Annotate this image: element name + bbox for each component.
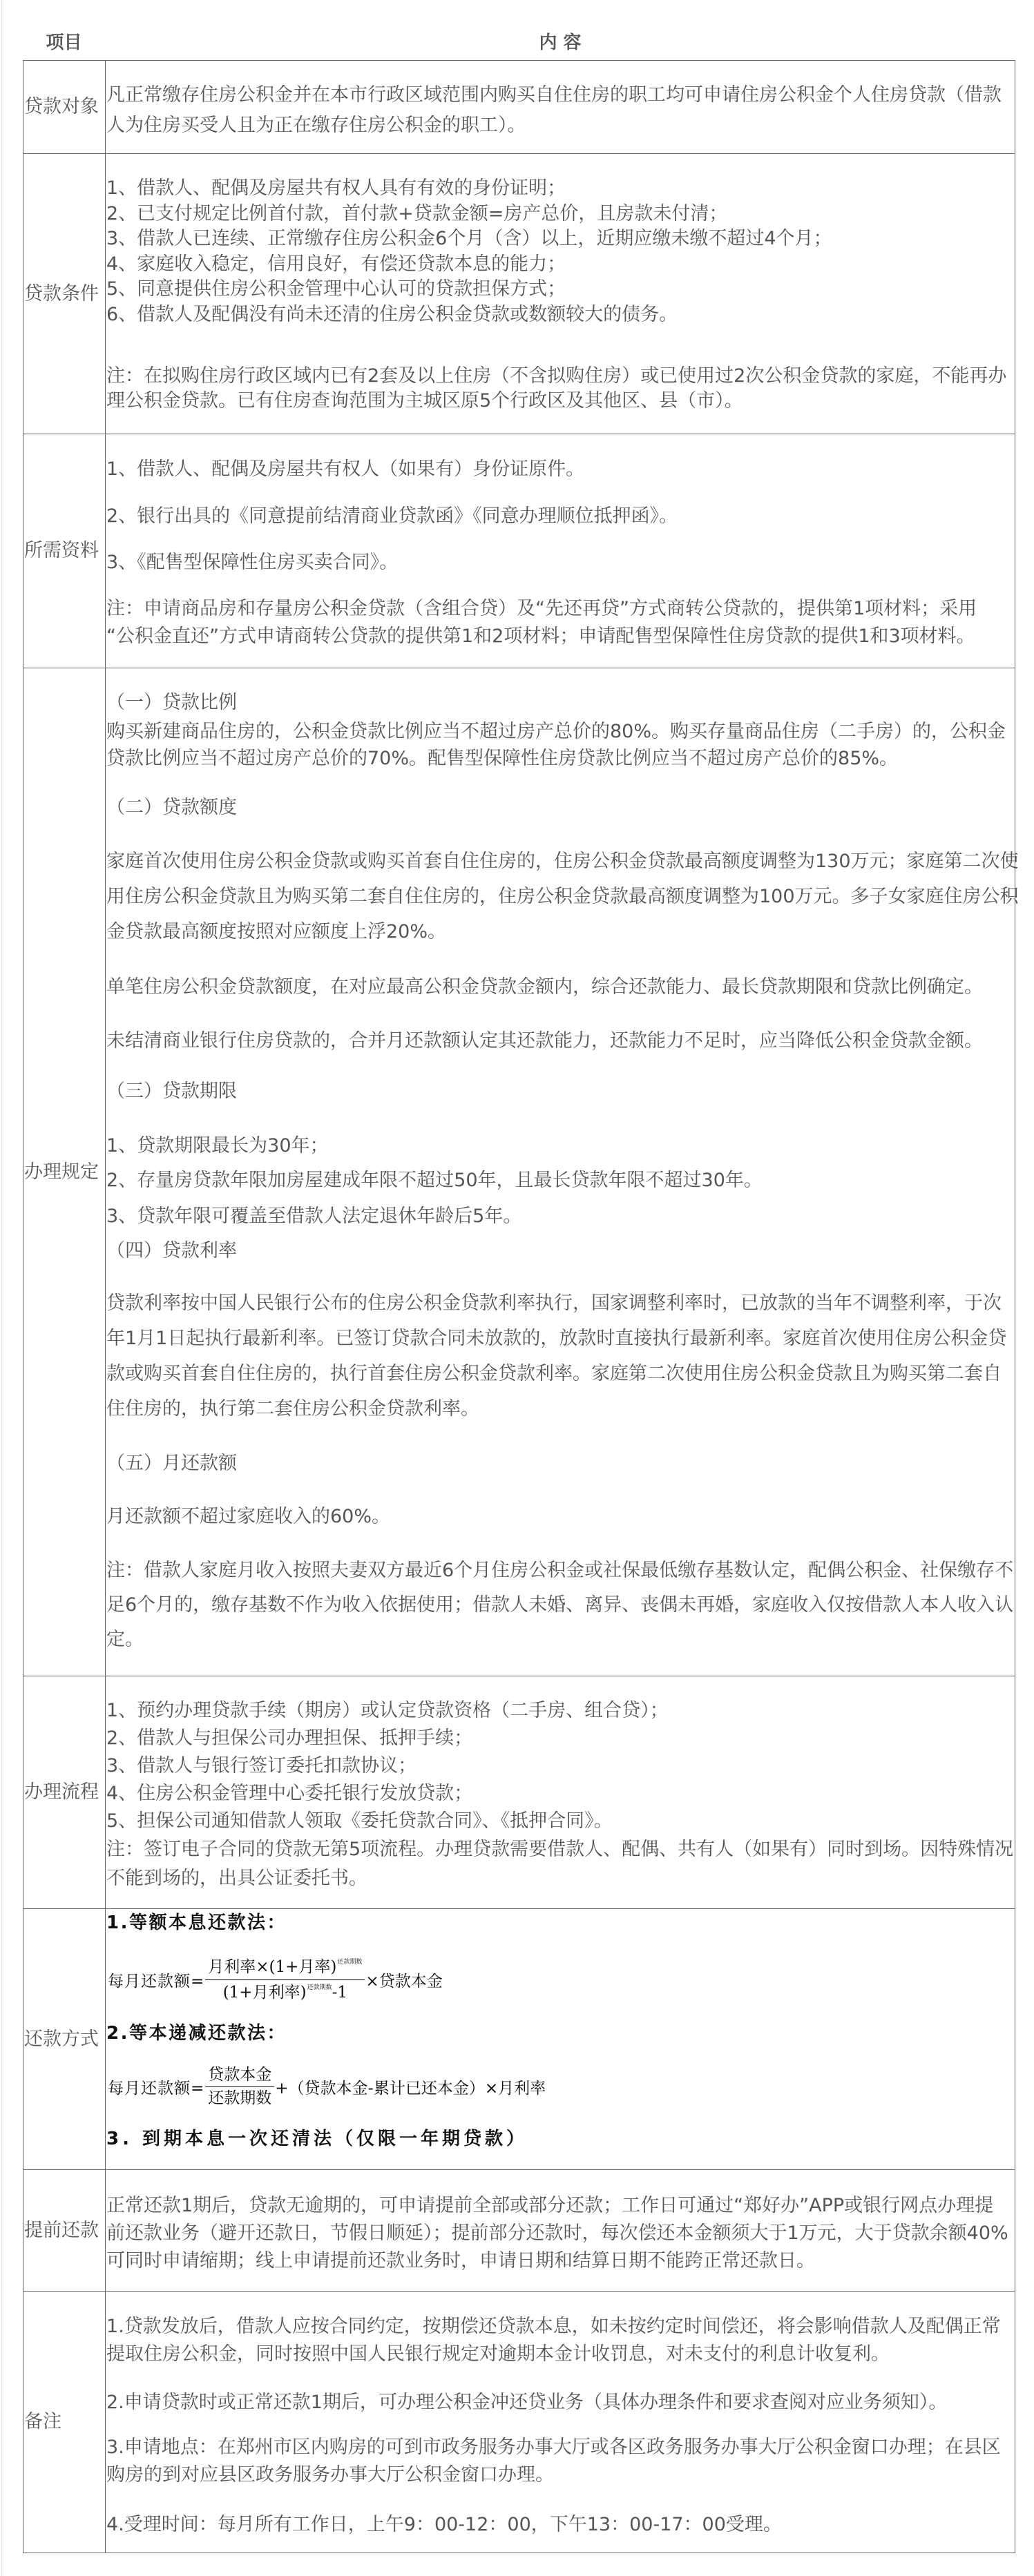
row-content: 1.等额本息还款法： 每月还款额= 月利率×(1+月率)还款期数 (1+月利率)…	[106, 1909, 1015, 2169]
formula-equal-installment: 每月还款额= 月利率×(1+月率)还款期数 (1+月利率)还款期数-1 ×贷款本…	[106, 1953, 1015, 2006]
formula-fraction: 月利率×(1+月率)还款期数 (1+月利率)还款期数-1	[205, 1955, 365, 2005]
note-paragraph: 注：申请商品房和存量房公积金贷款（含组合贷）及“先还再贷”方式商转公贷款的，提供…	[106, 595, 1015, 650]
row-label: 办理流程	[23, 1676, 106, 1908]
table-row-loan-conditions: 贷款条件 1、借款人、配偶及房屋共有权人具有有效的身份证明； 2、已支付规定比例…	[23, 154, 1015, 434]
row-label: 贷款条件	[23, 154, 106, 434]
numerator-exponent: 还款期数	[337, 1959, 362, 1966]
conditions-list: 1、借款人、配偶及房屋共有权人具有有效的身份证明； 2、已支付规定比例首付款，首…	[106, 176, 1015, 328]
column-header-content: 内 容	[105, 29, 1015, 57]
table-row-regulations: 办理规定 （一）贷款比例 购买新建商品住房的，公积金贷款比例应当不超过房产总价的…	[23, 668, 1015, 1676]
formula-denominator: (1+月利率)还款期数-1	[223, 1980, 347, 2005]
list-item: 1、借款人、配偶及房屋共有权人（如果有）身份证原件。	[106, 456, 1015, 483]
paragraph: 家庭首次使用住房公积金贷款或购买首套自住住房的，住房公积金贷款最高额度调整为13…	[106, 844, 1019, 949]
row-content: 正常还款1期后，贷款无逾期的，可申请提前全部或部分还款；工作日可通过“郑好办”A…	[106, 2170, 1015, 2291]
method-title-equal-installment: 1.等额本息还款法：	[106, 1909, 1015, 1937]
paragraph: 未结清商业银行住房贷款的，合并月还款额认定其还款能力，还款能力不足时，应当降低公…	[106, 1023, 1019, 1058]
formula-fraction: 贷款本金 还款期数	[205, 2064, 274, 2110]
table-row-process: 办理流程 1、预约办理贷款手续（期房）或认定贷款资格（二手房、组合贷）； 2、借…	[23, 1676, 1015, 1909]
denominator-exponent: 还款期数	[307, 1984, 332, 1991]
list-item: 2、银行出具的《同意提前结清商业贷款函》《同意办理顺位抵押函》。	[106, 503, 1015, 530]
page-edge-divider	[1, 0, 2, 2576]
remark-item: 4.受理时间：每月所有工作日，上午9：00-12：00，下午13：00-17：0…	[106, 2511, 1015, 2539]
paragraph: 正常还款1期后，贷款无逾期的，可申请提前全部或部分还款；工作日可通过“郑好办”A…	[106, 2192, 1015, 2275]
row-label: 办理规定	[23, 668, 106, 1676]
row-content: 1、借款人、配偶及房屋共有权人（如果有）身份证原件。 2、银行出具的《同意提前结…	[106, 434, 1015, 668]
formula-lhs: 每月还款额=	[106, 2075, 204, 2098]
process-steps-list: 1、预约办理贷款手续（期房）或认定贷款资格（二手房、组合贷）； 2、借款人与担保…	[106, 1697, 1015, 1835]
row-label: 所需资料	[23, 434, 106, 668]
formula-lhs: 每月还款额=	[106, 1968, 204, 1991]
note-paragraph: 注：借款人家庭月收入按照夫妻双方最近6个月住房公积金或社保最低缴存基数认定，配偶…	[106, 1553, 1019, 1657]
column-header-item: 项目	[23, 29, 105, 57]
numerator-text: 月利率×(1+月率)	[208, 1958, 336, 1976]
section-heading-loan-amount: （二）贷款额度	[106, 794, 1019, 822]
list-item: 2、存量房贷款年限加房屋建成年限不超过50年，且最长贷款年限不超过30年。	[106, 1163, 1019, 1198]
note-paragraph: 注：签订电子合同的贷款无第5项流程。办理贷款需要借款人、配偶、共有人（如果有）同…	[106, 1835, 1015, 1893]
section-heading-interest-rate: （四）贷款利率	[106, 1234, 1019, 1268]
table-row-remarks: 备注 1.贷款发放后，借款人应按合同约定，按期偿还贷款本息，如未按约定时间偿还，…	[23, 2292, 1015, 2553]
formula-numerator: 月利率×(1+月率)还款期数	[205, 1955, 365, 1980]
method-title-equal-principal: 2.等本递减还款法：	[106, 2020, 1015, 2047]
formula-rhs: +（贷款本金-累计已还本金）×月利率	[275, 2075, 546, 2098]
table-header: 项目 内 容	[23, 29, 1015, 57]
table-row-repayment-methods: 还款方式 1.等额本息还款法： 每月还款额= 月利率×(1+月率)还款期数 (1…	[23, 1909, 1015, 2170]
table-row-early-repayment: 提前还款 正常还款1期后，贷款无逾期的，可申请提前全部或部分还款；工作日可通过“…	[23, 2170, 1015, 2292]
loan-info-table: 贷款对象 凡正常缴存住房公积金并在本市行政区域范围内购买自住住房的职工均可申请住…	[23, 60, 1015, 2553]
row-content: 1.贷款发放后，借款人应按合同约定，按期偿还贷款本息，如未按约定时间偿还，将会影…	[106, 2292, 1015, 2553]
method-title-lump-sum: 3. 到期本息一次还清法（仅限一年期贷款）	[106, 2125, 1015, 2153]
row-content: 1、预约办理贷款手续（期房）或认定贷款资格（二手房、组合贷）； 2、借款人与担保…	[106, 1676, 1015, 1908]
remark-item: 3.申请地点：在郑州市区内购房的可到市政务服务办事大厅或各区政务服务办事大厅公积…	[106, 2434, 1015, 2489]
list-item: 3、贷款年限可覆盖至借款人法定退休年龄后5年。	[106, 1199, 1019, 1234]
section-heading-monthly-repayment: （五）月还款额	[106, 1450, 1019, 1478]
row-label: 提前还款	[23, 2170, 106, 2291]
row-label: 贷款对象	[23, 61, 106, 153]
table-row-required-documents: 所需资料 1、借款人、配偶及房屋共有权人（如果有）身份证原件。 2、银行出具的《…	[23, 434, 1015, 668]
row-content: 凡正常缴存住房公积金并在本市行政区域范围内购买自住住房的职工均可申请住房公积金个…	[106, 61, 1015, 153]
remark-item: 1.贷款发放后，借款人应按合同约定，按期偿还贷款本息，如未按约定时间偿还，将会影…	[106, 2313, 1015, 2368]
list-item: 1、贷款期限最长为30年；	[106, 1129, 1019, 1163]
paragraph: 购买新建商品住房的，公积金贷款比例应当不超过房产总价的80%。购买存量商品住房（…	[106, 718, 1019, 772]
formula-rhs: ×贷款本金	[365, 1968, 442, 1991]
denominator-tail: -1	[332, 1984, 347, 2002]
paragraph: 月还款额不超过家庭收入的60%。	[106, 1499, 1019, 1534]
paragraph: 单笔住房公积金贷款额度，在对应最高公积金贷款金额内，综合还款能力、最长贷款期限和…	[106, 969, 1019, 1005]
list-item: 3、《配售型保障性住房买卖合同》。	[106, 549, 1015, 577]
table-row-loan-eligibility: 贷款对象 凡正常缴存住房公积金并在本市行政区域范围内购买自住住房的职工均可申请住…	[23, 61, 1015, 154]
paragraph: 凡正常缴存住房公积金并在本市行政区域范围内购买自住住房的职工均可申请住房公积金个…	[106, 80, 1015, 141]
formula-denominator: 还款期数	[208, 2087, 271, 2110]
formula-numerator: 贷款本金	[205, 2064, 274, 2087]
paragraph: 贷款利率按中国人民银行公布的住房公积金贷款利率执行，国家调整利率时，已放款的当年…	[106, 1286, 1019, 1426]
row-label: 还款方式	[23, 1909, 106, 2169]
row-content: 1、借款人、配偶及房屋共有权人具有有效的身份证明； 2、已支付规定比例首付款，首…	[106, 154, 1015, 434]
section-heading-loan-ratio: （一）贷款比例	[106, 689, 1019, 717]
row-content: （一）贷款比例 购买新建商品住房的，公积金贷款比例应当不超过房产总价的80%。购…	[106, 668, 1019, 1676]
note-paragraph: 注：在拟购住房行政区域内已有2套及以上住房（不含拟购住房）或已使用过2次公积金贷…	[106, 364, 1015, 414]
row-label: 备注	[23, 2292, 106, 2553]
formula-equal-principal: 每月还款额= 贷款本金 还款期数 +（贷款本金-累计已还本金）×月利率	[106, 2063, 1015, 2110]
remark-item: 2.申请贷款时或正常还款1期后，可办理公积金冲还贷业务（具体办理条件和要求查阅对…	[106, 2389, 1015, 2417]
denominator-text: (1+月利率)	[223, 1984, 307, 2002]
section-heading-loan-term: （三）贷款期限	[106, 1078, 1019, 1105]
